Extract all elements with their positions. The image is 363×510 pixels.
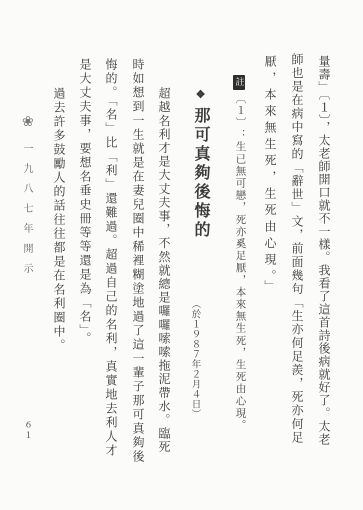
body-column: 超越名利才是大丈夫事，不然就總是囉囉嗦嗦拖泥帶水。臨死 — [158, 87, 170, 454]
edition-label: 一九八七年開示 — [21, 143, 31, 283]
text-column: 厭，本來無生死，生死由心現。」 — [264, 55, 276, 297]
body-column: 悔的。「名」比「利」還難過。超過自己的名利，真實地去利人才 — [105, 58, 117, 458]
body-column: 過去許多鼓勵人的話往往都是在名利圈中。 — [53, 87, 65, 353]
footnote-marker: 註 — [233, 75, 245, 90]
article-date: （於１９８７年２月４日） — [189, 299, 199, 419]
article-title-text: 那可真夠後悔的 — [192, 107, 209, 240]
section-diamond-icon: ❖ — [194, 88, 205, 101]
book-page: 量壽」〔１〕，太老師開口就不一樣。我看了這首詩後病就好了。太老 師也是在病中寫的… — [0, 0, 363, 510]
footnote-text: 〔１〕：生已無可戀，死亦奚足厭，本來無生死，生死由心現。 — [235, 93, 246, 432]
body-column: 時如想到一生就是在妻兒圈中稀裡糊塗地過了這一輩子那可真夠後 — [132, 58, 144, 464]
article-title: ❖那可真夠後悔的 — [192, 88, 208, 240]
text-column: 師也是在病中寫的「辭世」文，前面幾句「生亦何足羨，死亦何足 — [291, 53, 303, 445]
page-number: ６１ — [24, 420, 33, 441]
body-column: 是大丈夫事，要想名垂史冊等等還是為「名」。 — [79, 58, 91, 346]
footnote: 註〔１〕：生已無可戀，死亦奚足厭，本來無生死，生死由心現。 — [233, 75, 245, 431]
text-column: 量壽」〔１〕，太老師開口就不一樣。我看了這首詩後病就好了。太老 — [318, 55, 330, 446]
publisher-emblem-icon: ❀ — [22, 116, 34, 130]
